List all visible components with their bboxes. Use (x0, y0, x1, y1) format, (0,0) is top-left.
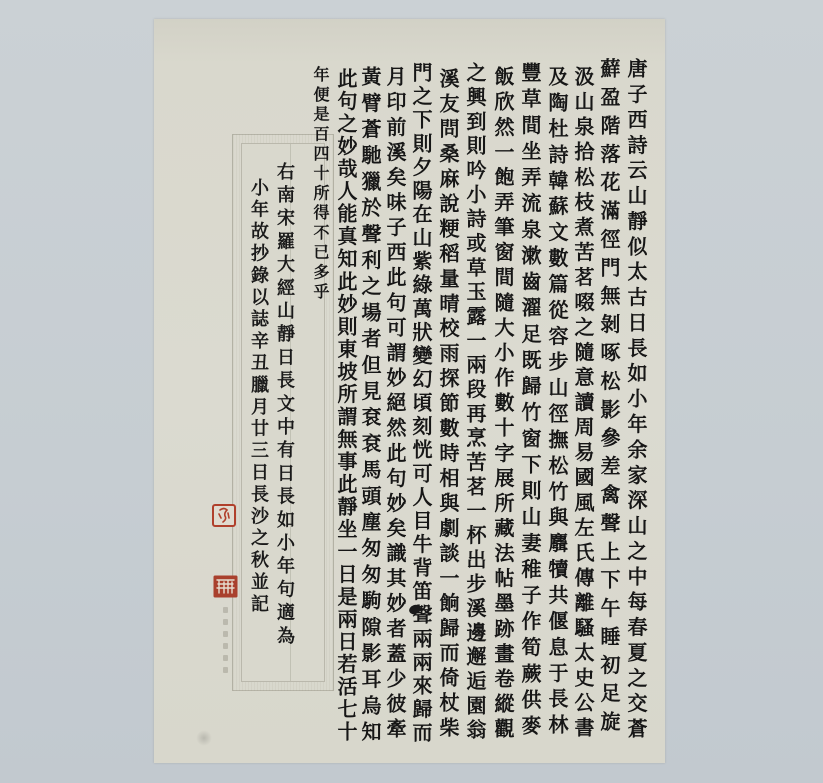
text-column-7: 之興到則吟小詩或草玉露一兩段再烹苦茗一杯出步溪邊邂逅園翁 (462, 62, 488, 742)
text-column-9: 門之下則夕陽在山紫綠萬狀變幻頃刻恍可人目牛背笛聲兩兩來歸而 (408, 62, 434, 744)
text-column-12: 此句之妙哉人能真知此妙則東坡所謂無事此靜坐一日是兩日若活七十 (333, 68, 359, 742)
text-column-11: 黃臂蒼馳獵於聲利之場者但見袞袞馬頭塵匆匆駒隙影耳烏知 (357, 66, 383, 746)
faint-inscription (223, 607, 229, 673)
paper-stain (196, 730, 212, 746)
seal-red-filled-icon (213, 575, 238, 598)
text-column-8: 溪友問桑麻說粳稻量晴校雨探節數時相與劇談一餉歸而倚杖柴 (435, 68, 461, 740)
seal-red-outline-icon (212, 504, 236, 527)
text-column-4: 及陶杜詩韓蘇文數篇從容步山徑撫松竹與麛犢共偃息于長林 (544, 66, 570, 738)
text-column-13: 年便是百四十所得不已多乎 (307, 66, 333, 300)
colophon-column-2: 小年故抄錄以誌辛丑臘月廿三日長沙之秋並記 (245, 178, 271, 615)
text-column-5: 豐草間坐弄流泉漱齒濯足既歸竹窗下則山妻稚子作筍蕨供麥 (517, 62, 543, 740)
text-column-2: 蘚盈階落花滿徑門無剝啄松影參差禽聲上下午睡初足旋 (596, 58, 622, 738)
text-column-3: 汲山泉拾松枝煮苦茗啜之隨意讀周易國風左氏傳離騷太史公書 (570, 66, 596, 742)
text-column-1: 唐子西詩云山靜似太古日長如小年余家深山之中每春夏之交蒼 (623, 58, 649, 742)
text-column-6: 飯欣然一飽弄筆窗間隨大小作數十字展所藏法帖墨跡畫卷縱觀 (490, 66, 516, 742)
colophon-column-1: 右南宋羅大經山靜日長文中有日長如小年句適為 (271, 162, 297, 648)
text-column-10: 月印前溪矣味子西此句可謂妙絕然此句妙矣識其妙者蓋少彼牽 (382, 66, 408, 742)
